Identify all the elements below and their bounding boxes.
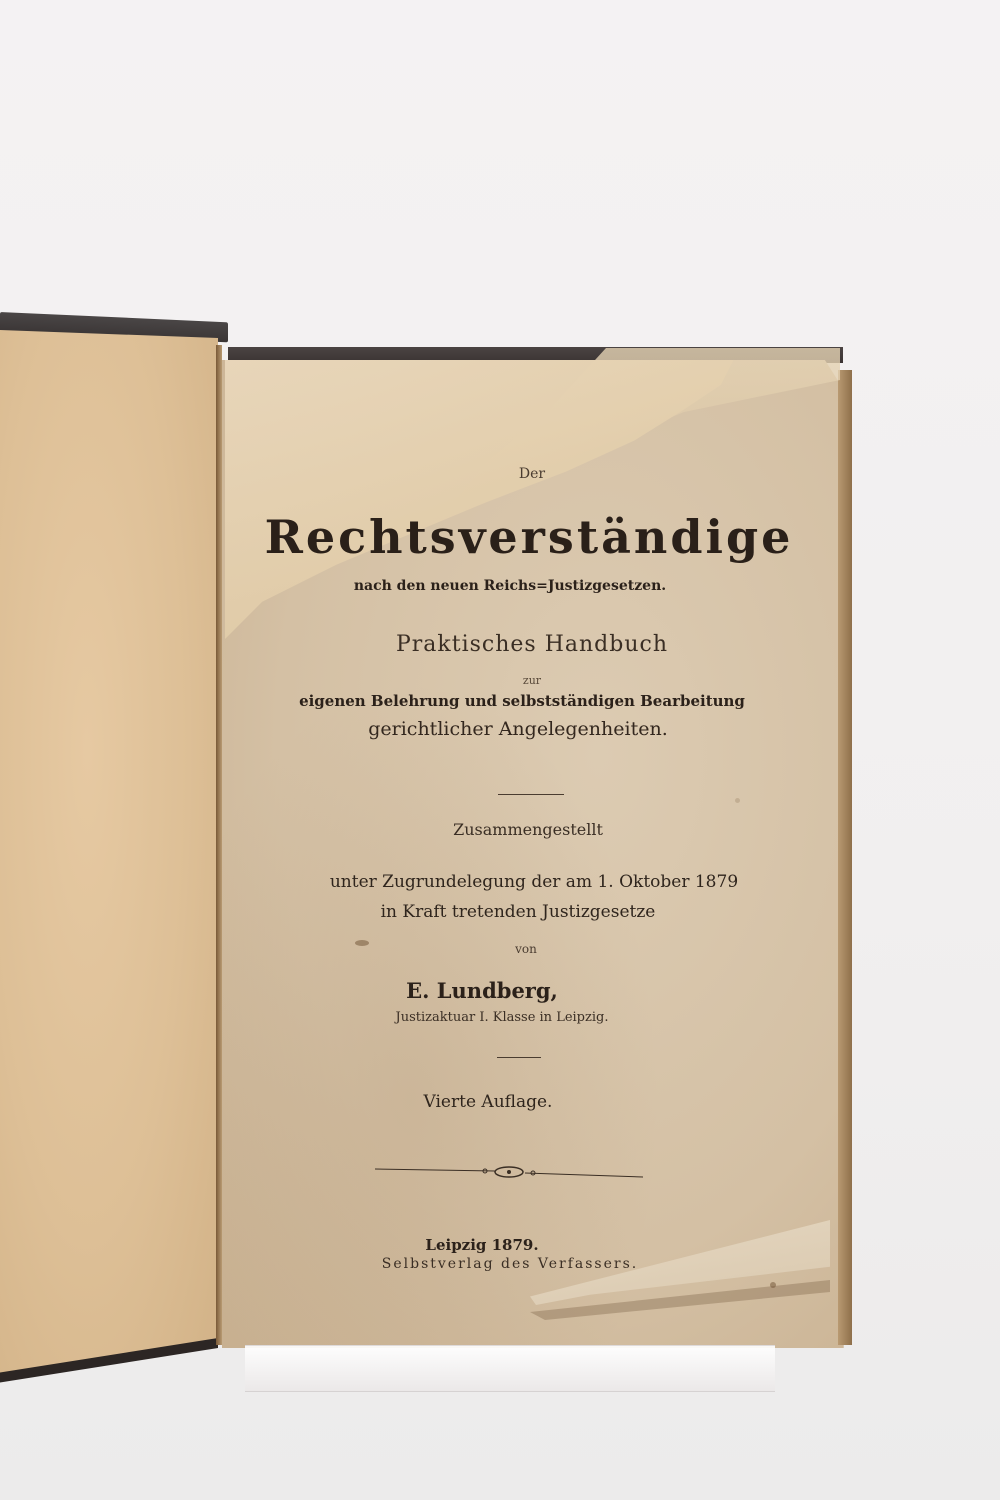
place-year: Leipzig 1879. [168,1236,796,1254]
purpose-line-2: gerichtlicher Angelegenheiten. [204,718,832,740]
basis-line-2: in Kraft tretenden Justizgesetze [204,902,832,922]
left-pastedown-page [0,330,218,1380]
book-heading: Praktisches Handbuch [218,632,846,657]
book-subtitle: nach den neuen Reichs=Justizgesetzen. [196,578,824,594]
book-title: Rechtsverständige [215,510,843,564]
book-photo: Der Rechtsverständige nach den neuen Rei… [0,0,1000,1500]
foxing-spot [735,798,740,803]
by-label: von [212,942,840,956]
connector-zur: zur [218,674,846,687]
edition-label: Vierte Auflage. [174,1092,802,1112]
title-article: Der [218,466,846,482]
ornamental-rule-icon [375,1163,643,1183]
divider-rule-short [497,1057,541,1058]
book-gutter [216,345,222,1345]
author-role: Justizaktuar I. Klasse in Leipzig. [188,1010,816,1025]
basis-line-1: unter Zugrundelegung der am 1. Oktober 1… [220,872,848,892]
divider-rule [498,794,564,795]
foxing-spot [355,940,369,946]
author-name: E. Lundberg, [168,978,796,1003]
compiled-label: Zusammengestellt [214,820,842,839]
acrylic-book-stand [245,1345,775,1392]
foxing-spot [770,1282,776,1288]
purpose-line-1: eigenen Belehrung und selbstständigen Be… [208,692,836,710]
